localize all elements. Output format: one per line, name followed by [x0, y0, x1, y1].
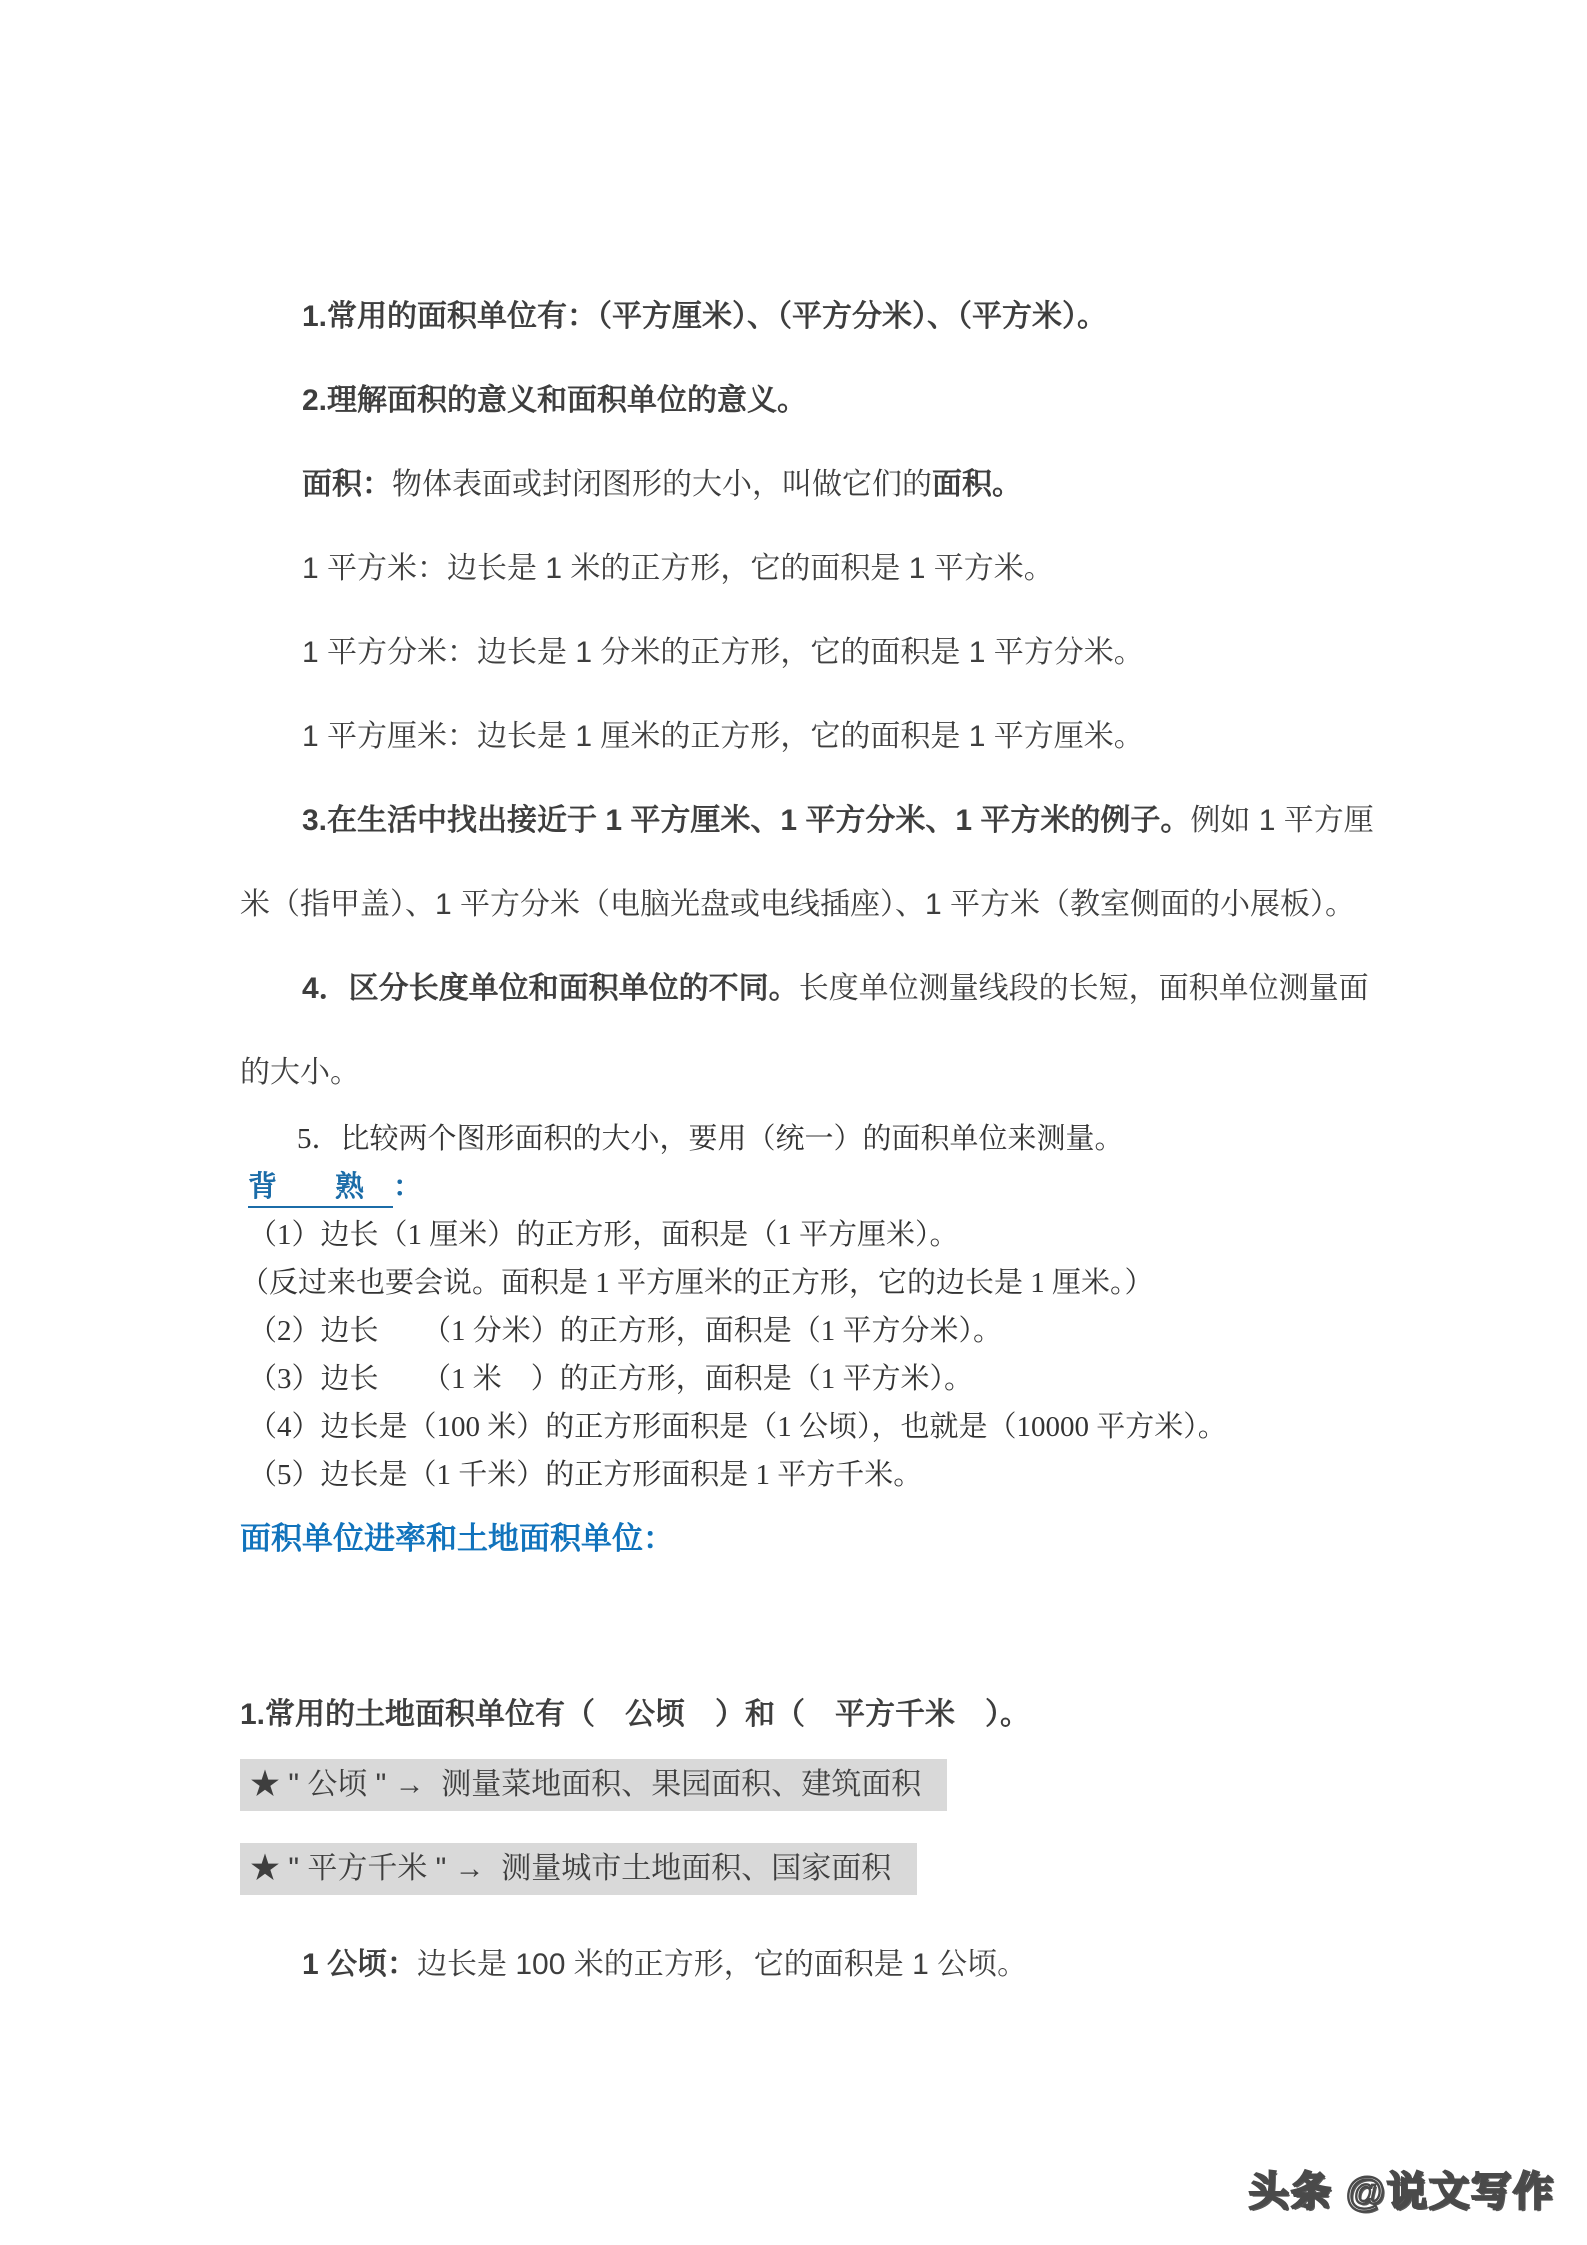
- examples-normal-part: 例如 1 平方厘: [1190, 804, 1373, 837]
- sqkm-usage-highlight: ★ " 平方千米 " → 测量城市土地面积、国家面积: [240, 1843, 917, 1895]
- examples-bold-part: 3.在生活中找出接近于 1 平方厘米、1 平方分米、1 平方米的例子。: [302, 804, 1190, 837]
- examples-line-2: 米（指甲盖）、1 平方分米（电脑光盘或电线插座）、1 平方米（教室侧面的小展板）…: [240, 863, 1380, 947]
- hectare-usage-highlight: ★ " 公顷 " → 测量菜地面积、果园面积、建筑面积: [240, 1759, 947, 1811]
- square-centimeter-def-line: 1 平方厘米：边长是 1 厘米的正方形，它的面积是 1 平方厘米。: [240, 695, 1380, 779]
- distinguish-units-line-1: 4．区分长度单位和面积单位的不同。长度单位测量线段的长短，面积单位测量面: [240, 947, 1380, 1031]
- memorize-heading-underlined: 背 熟: [248, 1171, 393, 1208]
- hectare-def-line: 1 公顷：边长是 100 米的正方形，它的面积是 1 公顷。: [240, 1941, 1380, 1989]
- land-units-heading: 面积单位进率和土地面积单位：: [240, 1515, 1380, 1563]
- square-meter-def-line: 1 平方米：边长是 1 米的正方形，它的面积是 1 平方米。: [240, 527, 1380, 611]
- hectare-def-lead: 1 公顷：: [302, 1948, 417, 1981]
- distinguish-bold-part: 4．区分长度单位和面积单位的不同。: [302, 972, 799, 1005]
- memorize-item-1: （1）边长（1 厘米）的正方形，面积是（1 平方厘米）。: [240, 1211, 1380, 1259]
- memorize-item-4: （4）边长是（100 米）的正方形面积是（1 公顷），也就是（10000 平方米…: [240, 1403, 1380, 1451]
- memorize-item-3: （3）边长 （1 米 ）的正方形，面积是（1 平方米）。: [240, 1355, 1380, 1403]
- distinguish-normal-part: 长度单位测量线段的长短，面积单位测量面: [799, 972, 1369, 1005]
- memorize-heading-colon: ：: [393, 1171, 422, 1203]
- document-page: 1.常用的面积单位有：（平方厘米）、（平方分米）、（平方米）。 2.理解面积的意…: [0, 0, 1587, 2245]
- area-definition-body: 物体表面或封闭图形的大小，叫做它们的: [392, 468, 932, 501]
- memorize-item-2: （2）边长 （1 分米）的正方形，面积是（1 平方分米）。: [240, 1307, 1380, 1355]
- memorize-item-5: （5）边长是（1 千米）的正方形面积是 1 平方千米。: [240, 1451, 1380, 1499]
- common-area-units-line: 1.常用的面积单位有：（平方厘米）、（平方分米）、（平方米）。: [240, 275, 1380, 359]
- understand-meaning-line: 2.理解面积的意义和面积单位的意义。: [240, 359, 1380, 443]
- area-definition-tail: 面积。: [932, 468, 1022, 501]
- examples-line-1: 3.在生活中找出接近于 1 平方厘米、1 平方分米、1 平方米的例子。例如 1 …: [240, 779, 1380, 863]
- area-definition-line: 面积：物体表面或封闭图形的大小，叫做它们的面积。: [240, 443, 1380, 527]
- area-definition-lead: 面积：: [302, 468, 392, 501]
- compare-area-line: 5．比较两个图形面积的大小，要用（统一）的面积单位来测量。: [240, 1115, 1380, 1163]
- land-units-line: 1.常用的土地面积单位有（ 公顷 ）和（ 平方千米 ）。: [240, 1691, 1380, 1739]
- square-decimeter-def-line: 1 平方分米：边长是 1 分米的正方形，它的面积是 1 平方分米。: [240, 611, 1380, 695]
- memorize-item-1-note: （反过来也要会说。面积是 1 平方厘米的正方形，它的边长是 1 厘米。）: [240, 1259, 1380, 1307]
- hectare-def-body: 边长是 100 米的正方形，它的面积是 1 公顷。: [417, 1948, 1027, 1981]
- memorize-heading: 背 熟 ：: [240, 1163, 1380, 1211]
- watermark-toutiao: 头条 @说文写作: [1249, 2160, 1555, 2217]
- sqkm-usage-line: ★ " 平方千米 " → 测量城市土地面积、国家面积: [240, 1843, 1380, 1895]
- hectare-usage-line: ★ " 公顷 " → 测量菜地面积、果园面积、建筑面积: [240, 1759, 1380, 1811]
- document-body: 1.常用的面积单位有：（平方厘米）、（平方分米）、（平方米）。 2.理解面积的意…: [240, 275, 1380, 1989]
- distinguish-units-line-2: 的大小。: [240, 1031, 1380, 1115]
